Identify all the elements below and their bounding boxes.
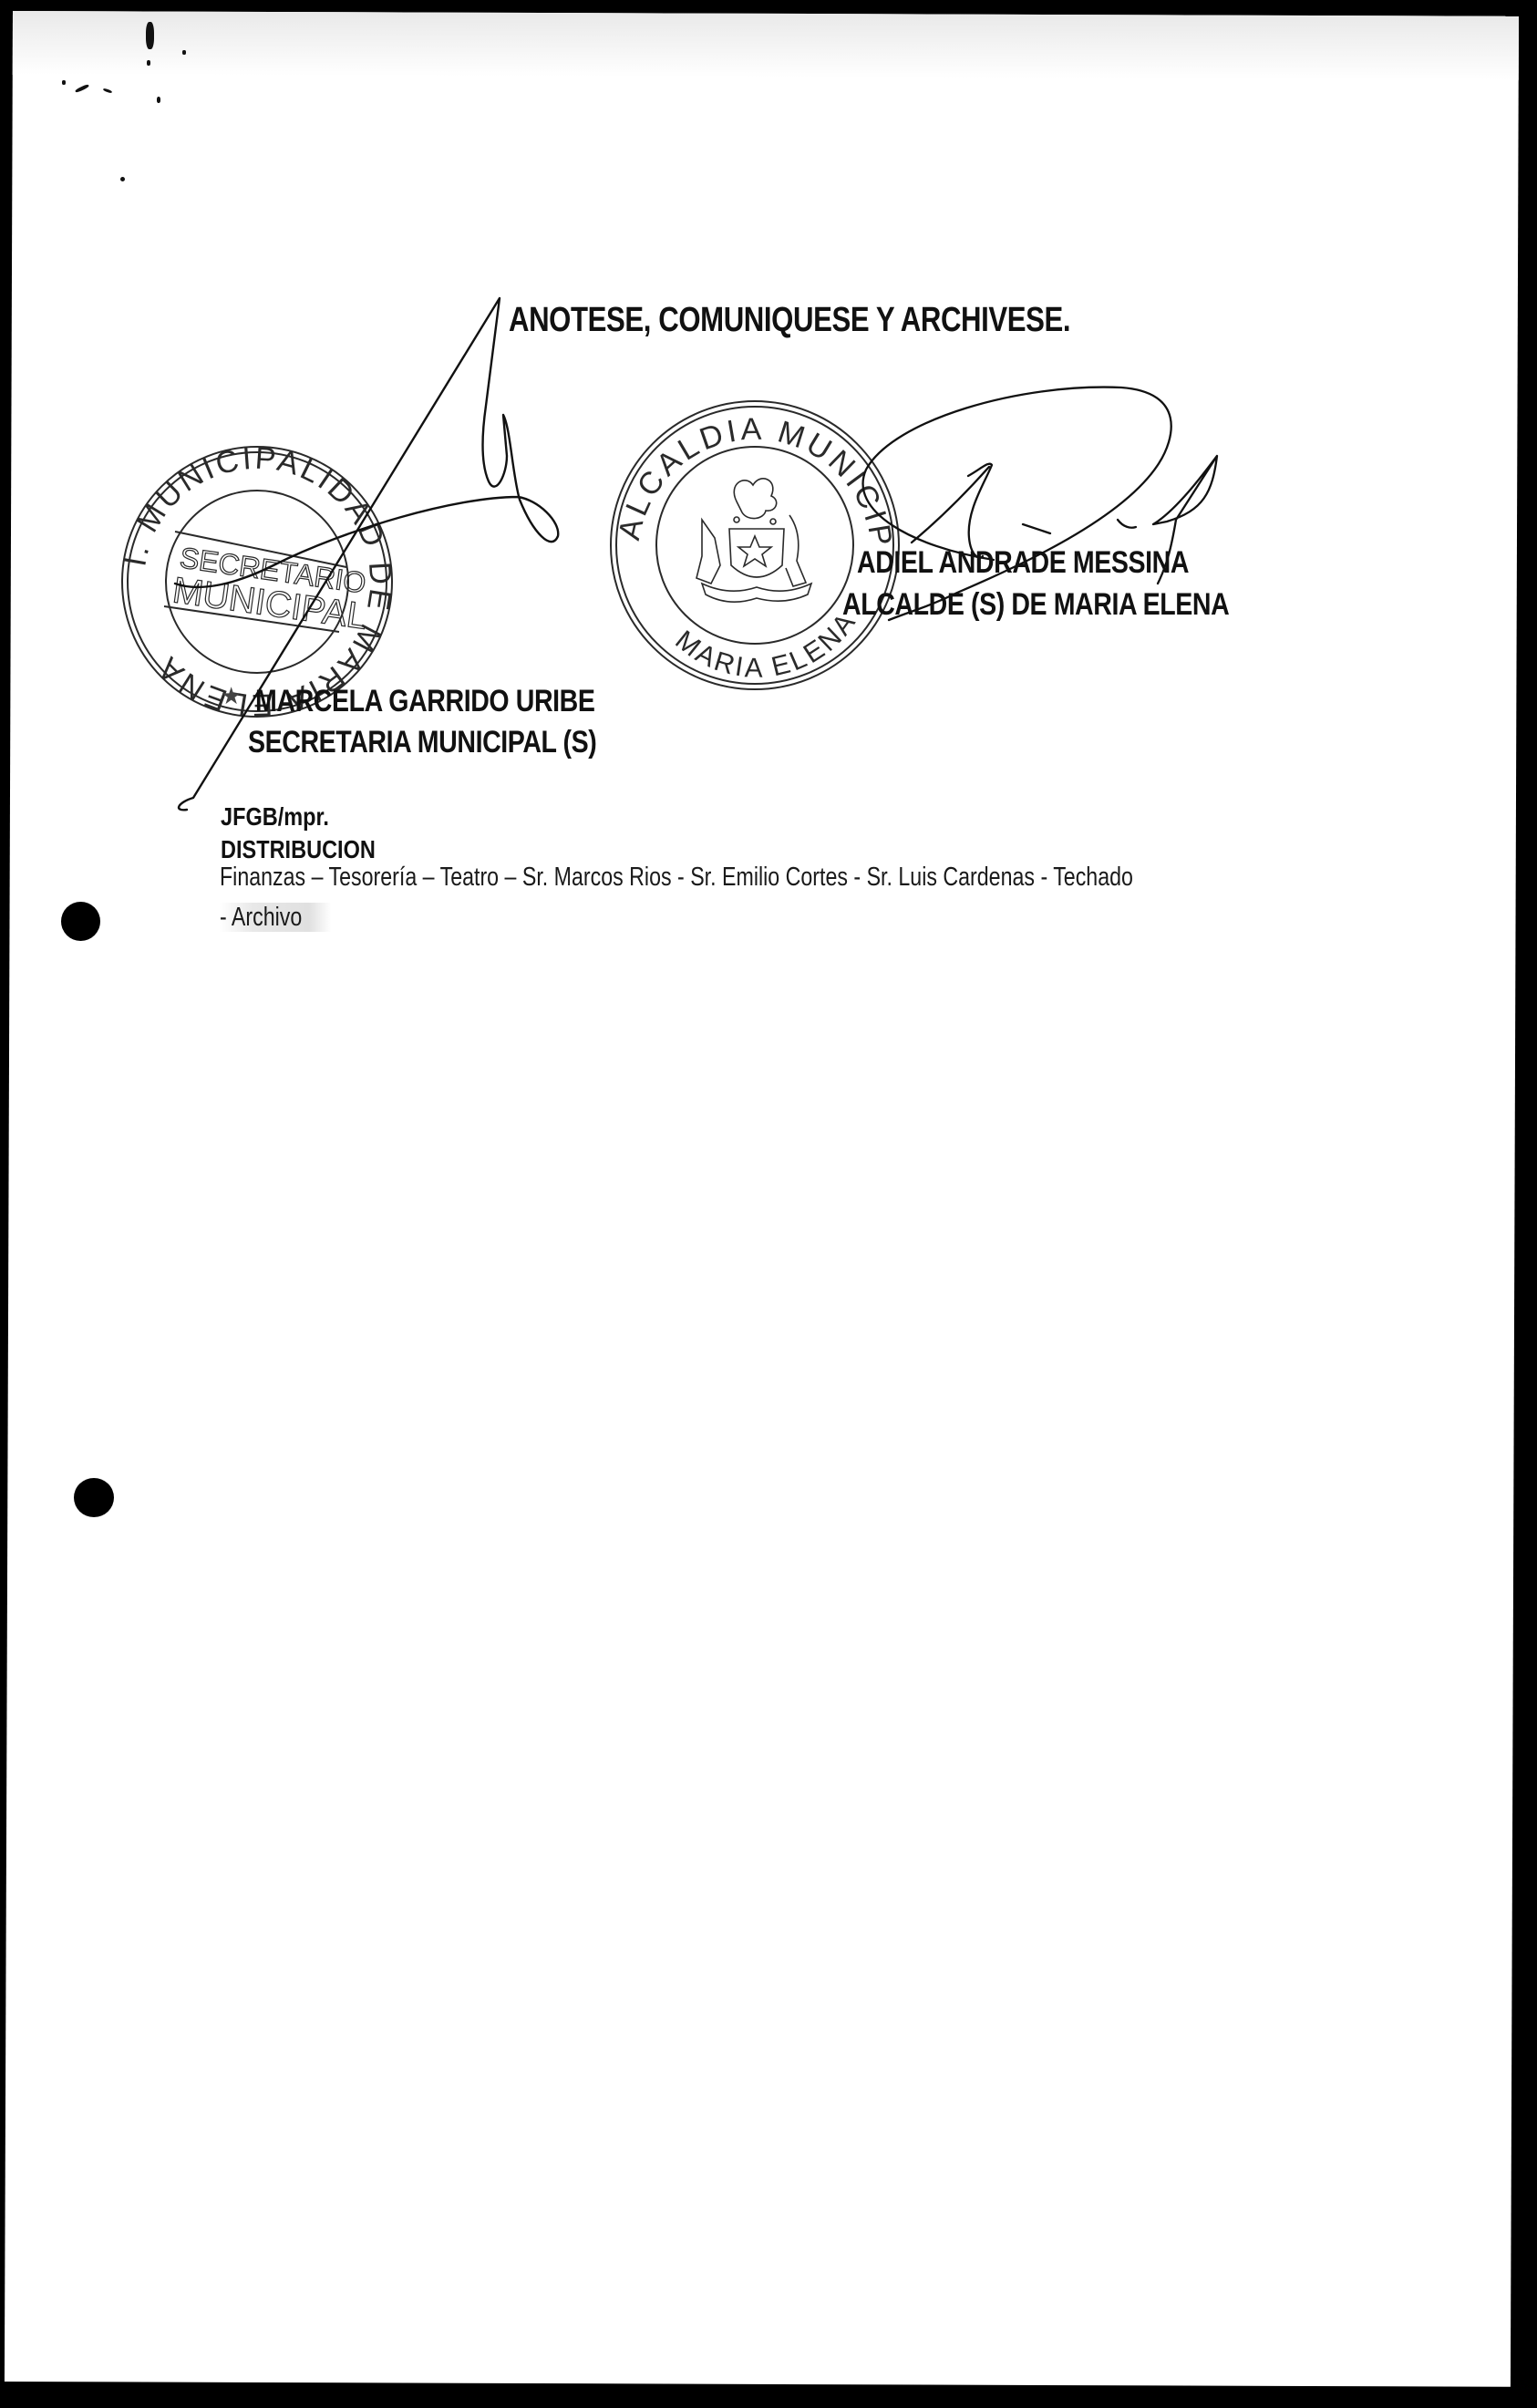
alcalde-title: ALCALDE (S) DE MARIA ELENA: [842, 587, 1229, 623]
secretaria-title: SECRETARIA MUNICIPAL (S): [248, 725, 596, 760]
distribution-list: Finanzas – Tesorería – Teatro – Sr. Marc…: [220, 863, 1133, 893]
distribution-list-continued: - Archivo: [220, 903, 331, 933]
distribution-heading: DISTRIBUCION: [221, 835, 376, 864]
distribution-archivo: - Archivo: [220, 903, 331, 932]
alcaldia-seal: ALCALDIA MUNICIPAL MARIA ELENA: [0, 0, 899, 689]
svg-text:ALCALDIA MUNICIPAL: ALCALDIA MUNICIPAL: [0, 0, 899, 550]
secretaria-seal: I. MUNICIPALIDAD DE MARIA ELENA SECRETAR…: [118, 441, 397, 723]
reference-initials: JFGB/mpr.: [221, 802, 329, 832]
alcalde-name: ADIEL ANDRADE MESSINA: [857, 545, 1189, 581]
coat-of-arms-icon: [696, 479, 811, 602]
svg-text:★: ★: [221, 682, 242, 709]
secretaria-name: MARCELA GARRIDO URIBE: [255, 684, 595, 719]
stamps-and-signatures: I. MUNICIPALIDAD DE MARIA ELENA SECRETAR…: [0, 0, 1537, 2408]
alcalde-signature: [863, 388, 1217, 620]
